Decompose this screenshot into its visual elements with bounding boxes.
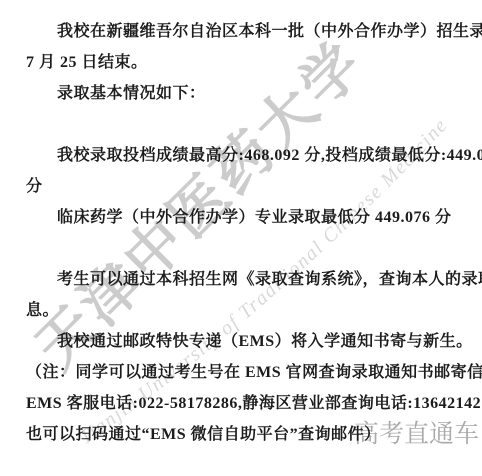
blank-line (26, 233, 450, 264)
document-lines: 我校在新疆维吾尔自治区本科一批（中外合作办学）招生录取于7 月 25 日结束。录… (26, 16, 450, 450)
announcement-document: 我校在新疆维吾尔自治区本科一批（中外合作办学）招生录取于7 月 25 日结束。录… (0, 0, 482, 476)
text-line: 我校录取投档成绩最高分:468.092 分,投档成绩最低分:449.076 (26, 140, 450, 171)
text-line: 分 (26, 171, 450, 202)
text-line: 我校在新疆维吾尔自治区本科一批（中外合作办学）招生录取于 (26, 16, 450, 47)
text-line: 7 月 25 日结束。 (26, 47, 450, 78)
text-line: 录取基本情况如下： (26, 78, 450, 109)
text-line: EMS 客服电话:022-58178286,静海区营业部查询电话:1364214… (26, 388, 450, 419)
text-line: 临床药学（中外合作办学）专业录取最低分 449.076 分 (26, 202, 450, 233)
blank-line (26, 109, 450, 140)
text-line: 我校通过邮政特快专递（EMS）将入学通知书寄与新生。 (26, 326, 450, 357)
text-line: 也可以扫码通过“EMS 微信自助平台”查询邮件） (26, 419, 450, 450)
text-line: （注：同学可以通过考生号在 EMS 官网查询录取通知书邮寄信息； (26, 357, 450, 388)
text-line: 息。 (26, 295, 450, 326)
text-line: 考生可以通过本科招生网《录取查询系统》，查询本人的录取信 (26, 264, 450, 295)
page: { "page": { "background_color": "#ffffff… (0, 0, 482, 476)
